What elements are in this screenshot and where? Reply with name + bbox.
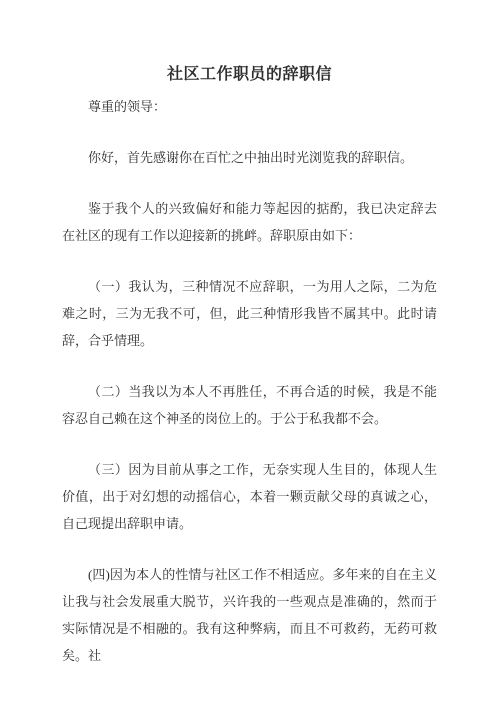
letter-salutation: 尊重的领导： xyxy=(62,93,437,120)
letter-paragraph-reason-2: （二）当我以为本人不再胜任，不再合适的时候，我是不能容忍自己赖在这个神圣的岗位上… xyxy=(62,378,437,432)
letter-paragraph-reason-1: （一）我认为，三种情况不应辞职，一为用人之际，二为危难之时，三为无我不可，但，此… xyxy=(62,273,437,354)
letter-title: 社区工作职员的辞职信 xyxy=(62,63,437,87)
letter-paragraph-intro: 鉴于我个人的兴致偏好和能力等起因的掂酌，我已决定辞去在社区的现有工作以迎接新的挑… xyxy=(62,195,437,249)
letter-paragraph-greeting: 你好，首先感谢你在百忙之中抽出时光浏览我的辞职信。 xyxy=(62,144,437,171)
letter-page: 社区工作职员的辞职信 尊重的领导： 你好，首先感谢你在百忙之中抽出时光浏览我的辞… xyxy=(0,0,500,707)
letter-paragraph-reason-3: （三）因为目前从事之工作，无奈实现人生目的，体现人生价值，出于对幻想的动摇信心，… xyxy=(62,456,437,537)
letter-paragraph-reason-4: (四)因为本人的性情与社区工作不相适应。多年来的自在主义让我与社会发展重大脱节，… xyxy=(62,561,437,669)
